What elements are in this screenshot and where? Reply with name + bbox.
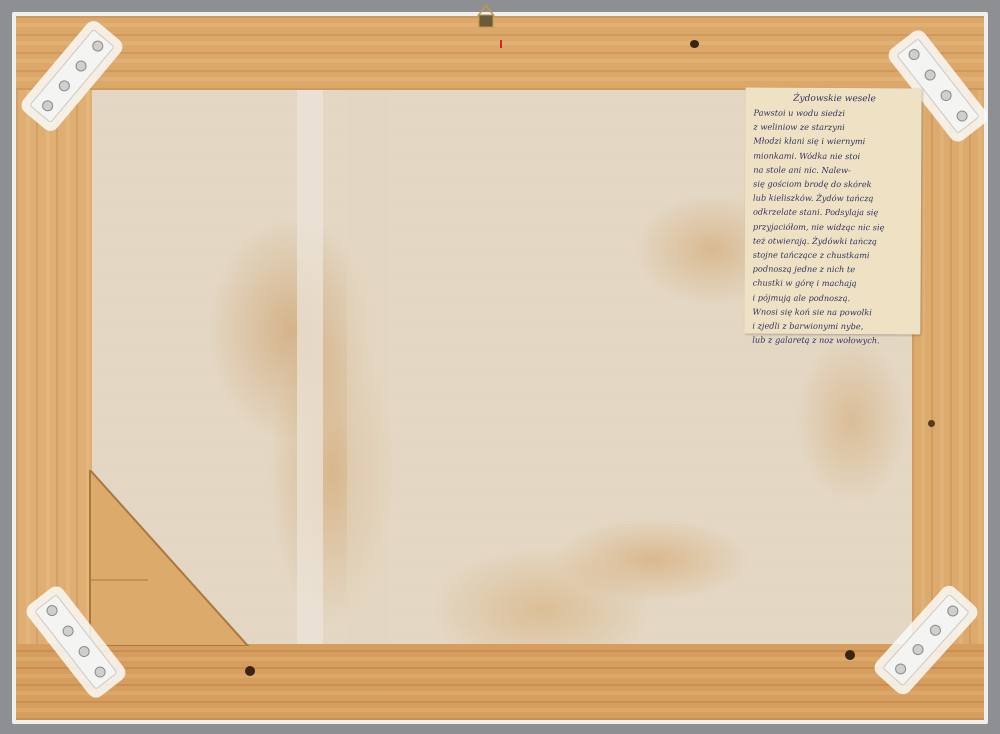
note-line: na stole ani nic. Nalew- [753, 162, 915, 177]
stretcher-bar-top [16, 16, 984, 90]
note-line: stojne tańczące z chustkami [753, 248, 915, 263]
screw-icon [57, 78, 72, 93]
note-line: mionkami. Wódka nie stoi [753, 148, 915, 163]
red-pencil-mark [500, 40, 502, 48]
note-line: chustki w górę i machają [753, 276, 915, 291]
screw-icon [90, 38, 105, 53]
screw-icon [76, 644, 91, 659]
screw-icon [938, 88, 953, 103]
note-line: Pawstoi u wodu siedzi [753, 106, 915, 121]
screw-icon [928, 623, 944, 639]
note-line: się gościom brodę do skórek [753, 177, 915, 192]
wood-knot [245, 666, 255, 676]
note-line: odkrzelate stani. Podsylaja się [753, 205, 915, 220]
canvas-stain-stripe [297, 90, 323, 644]
screw-icon [954, 108, 969, 123]
note-line: podnoszą jedne z nich te [753, 262, 915, 277]
note-line: lub kieliszków. Żydów tańczą [753, 191, 915, 206]
corner-brace [88, 470, 258, 646]
canvas-stain-stripe [347, 90, 387, 644]
note-line: lub z galaretą z noz wołowych. [752, 333, 914, 348]
screw-icon [73, 58, 88, 73]
screw-icon [893, 661, 909, 677]
note-line: Wnosi się koń sie na powolki [752, 304, 914, 319]
note-line: z weliniow ze starzyni [753, 120, 915, 135]
note-line: też otwierają. Żydówki tańczą [753, 233, 915, 248]
screw-icon [906, 47, 921, 62]
note-line: i pójmują ale podnoszą. [753, 290, 915, 305]
screw-icon [60, 623, 75, 638]
screw-icon [44, 603, 59, 618]
sawtooth-hanger-icon [477, 4, 495, 28]
stretcher-bar-left [16, 90, 92, 644]
note-line: przyjaciółom, nie widząc nic się [753, 219, 915, 234]
note-line: i zjedli z barwionymi nybe, [752, 319, 914, 334]
screw-icon [92, 664, 107, 679]
wood-knot [690, 40, 699, 48]
screw-icon [910, 642, 926, 658]
note-line: Młodzi kłani się i wiernymi [753, 134, 915, 149]
screw-icon [945, 603, 961, 619]
stretcher-bar-right [912, 90, 984, 644]
wood-knot [845, 650, 855, 660]
stretcher-bar-bottom [16, 644, 984, 720]
screw-icon [922, 67, 937, 82]
handwritten-note: Żydowskie wesele Pawstoi u wodu siedzi z… [744, 88, 921, 335]
note-title: Żydowskie wesele [754, 94, 916, 105]
wood-knot [928, 420, 935, 427]
screw-icon [40, 98, 55, 113]
